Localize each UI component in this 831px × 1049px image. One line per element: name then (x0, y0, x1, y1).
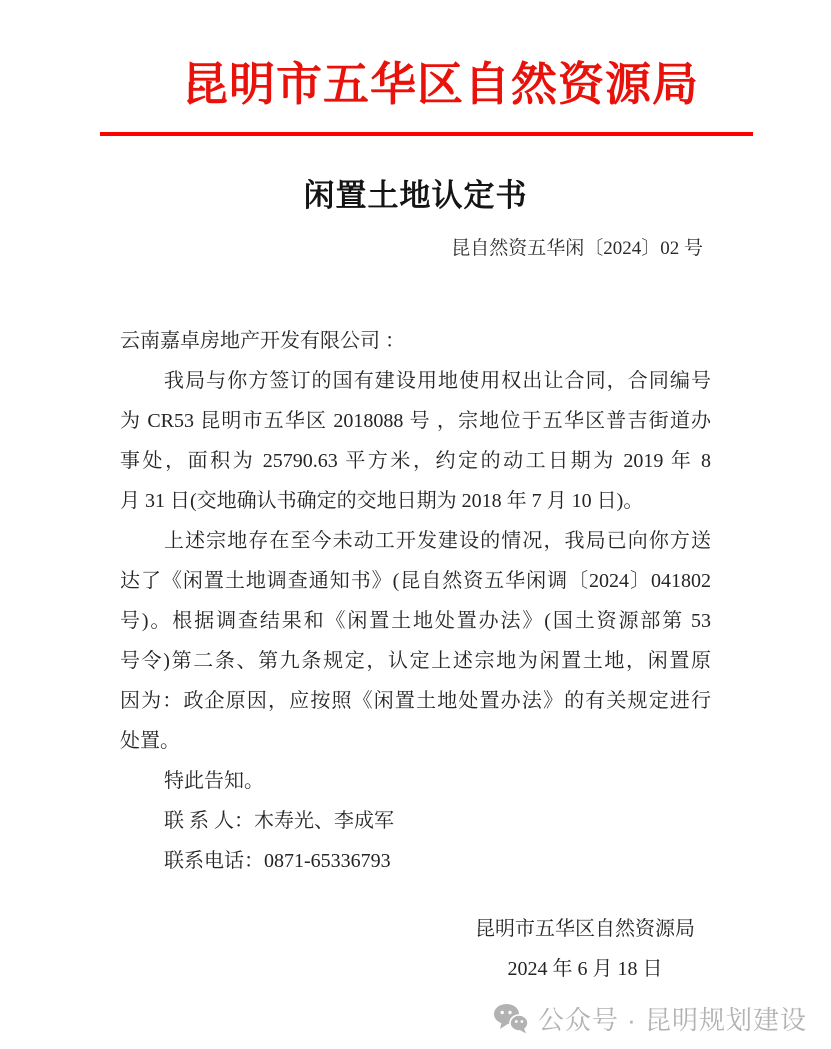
body-line: 号令)第二条、第九条规定，认定上述宗地为闲置土地，闲置原 (120, 641, 711, 681)
document-title: 闲置土地认定书 (0, 177, 831, 214)
body-line: 事处，面积为 25790.63 平方米，约定的动工日期为 2019 年 8 (120, 441, 711, 481)
body-line: 因为：政企原因，应按照《闲置土地处置办法》的有关规定进行 (120, 681, 711, 721)
body-line: 我局与你方签订的国有建设用地使用权出让合同，合同编号 (120, 361, 711, 401)
body-line: 处置。 (120, 721, 711, 761)
contact-person: 联 系 人：木寿光、李成军 (120, 801, 711, 841)
body-line: 为 CR53 昆明市五华区 2018088 号 ，宗地位于五华区普吉街道办 (120, 401, 711, 441)
signature-date: 2024 年 6 月 18 日 (508, 949, 663, 989)
salutation: 云南嘉卓房地产开发有限公司 ： (120, 321, 711, 361)
document-body: 云南嘉卓房地产开发有限公司 ： 我局与你方签订的国有建设用地使用权出让合同，合同… (120, 321, 711, 881)
document-page: 昆明市五华区自然资源局 闲置土地认定书 昆自然资五华闲〔2024〕02 号 云南… (0, 50, 831, 989)
body-line: 上述宗地存在至今未动工开发建设的情况，我局已向你方送 (120, 521, 711, 561)
watermark: 公众号 · 昆明规划建设 (493, 1000, 807, 1037)
body-line: 月 31 日(交地确认书确定的交地日期为 2018 年 7 月 10 日)。 (120, 481, 711, 521)
agency-header: 昆明市五华区自然资源局 (100, 50, 753, 119)
body-line: 达了《闲置土地调查通知书》(昆自然资五华闲调〔2024〕041802 (120, 561, 711, 601)
signature-block: 昆明市五华区自然资源局 2024 年 6 月 18 日 (475, 909, 695, 989)
contact-phone: 联系电话：0871-65336793 (120, 841, 711, 881)
watermark-text: 公众号 · 昆明规划建设 (538, 1000, 807, 1037)
body-line: 号)。根据调查结果和《闲置土地处置办法》(国土资源部第 53 (120, 601, 711, 641)
signature-agency: 昆明市五华区自然资源局 (475, 909, 695, 949)
wechat-icon (493, 1003, 529, 1034)
document-number: 昆自然资五华闲〔2024〕02 号 (0, 235, 703, 264)
agency-title: 昆明市五华区自然资源局 (128, 50, 753, 119)
header-divider-rule (100, 132, 753, 136)
closing-note: 特此告知。 (120, 761, 711, 801)
